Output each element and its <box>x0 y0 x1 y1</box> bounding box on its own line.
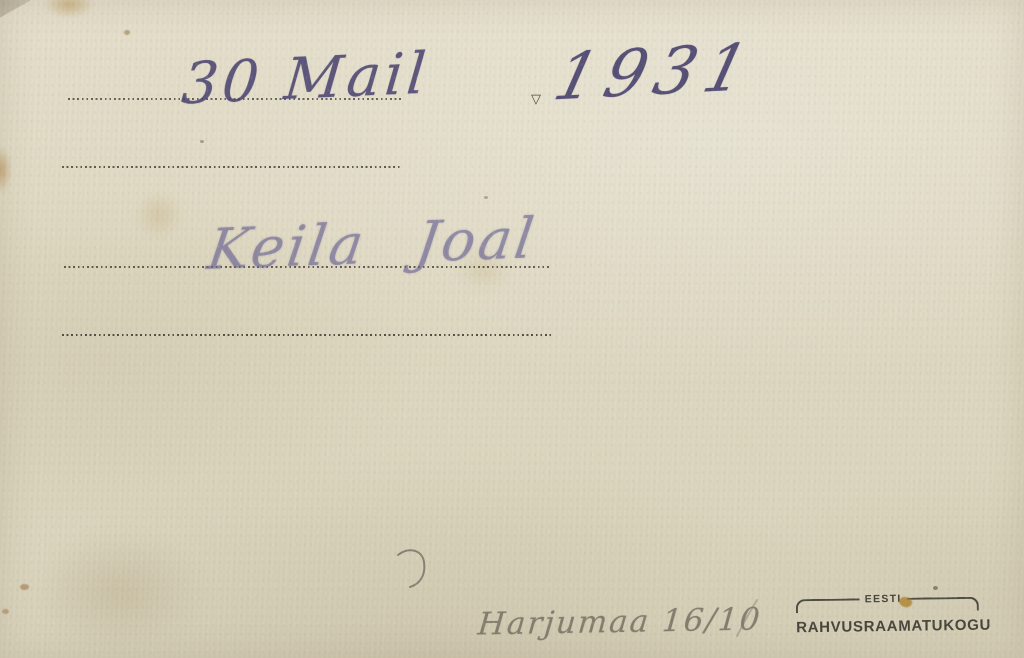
postcard-back-scan: ▽ 30 Mail 1931 Keila Joal Harjumaa 16/10… <box>0 0 1024 658</box>
speck <box>484 196 488 199</box>
stamp-bracket-left <box>796 598 860 613</box>
speck <box>124 30 130 35</box>
handwritten-year: 1931 <box>547 30 764 115</box>
speck <box>2 609 9 614</box>
stain-top-left <box>44 0 94 18</box>
triangle-mark: ▽ <box>531 92 541 107</box>
stain-bottom-left <box>36 533 204 651</box>
dotted-line-4 <box>62 334 551 336</box>
stamp-bracket: EESTI <box>796 597 979 614</box>
corner-fold-damage <box>0 0 42 21</box>
speck <box>933 586 938 590</box>
handwritten-location: Keila Joal <box>204 206 541 283</box>
pencil-hook-mark <box>392 546 436 594</box>
stamp-text-eesti: EESTI <box>865 593 902 606</box>
pencil-annotation: Harjumaa 16/10 <box>476 601 763 642</box>
stamp-bracket-right <box>907 597 979 612</box>
stain-left-edge <box>0 146 12 194</box>
library-stamp: EESTI RAHVUSRAAMATUKOGU <box>796 597 979 637</box>
handwritten-date: 30 Mail <box>179 40 433 117</box>
dotted-line-2 <box>62 166 402 168</box>
speck <box>20 584 29 590</box>
stain-middle-left <box>136 192 182 238</box>
stamp-text-rahvusraamatukogu: RAHVUSRAAMATUKOGU <box>796 617 979 637</box>
speck <box>200 140 204 143</box>
